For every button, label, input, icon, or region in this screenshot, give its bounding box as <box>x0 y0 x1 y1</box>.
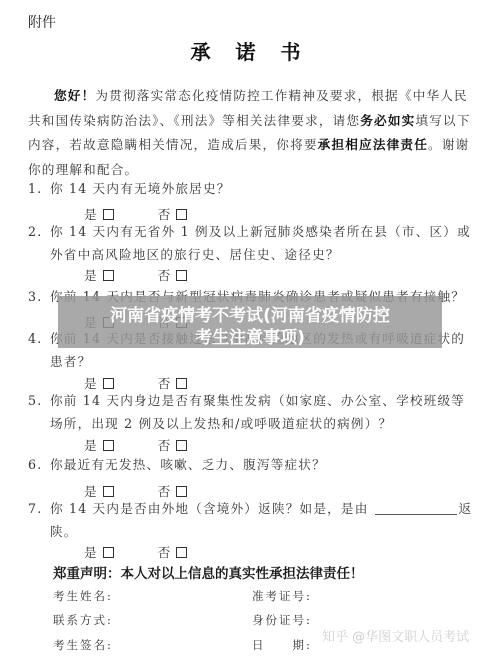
yes-checkbox-1[interactable] <box>103 209 114 220</box>
yes-checkbox-2[interactable] <box>103 270 114 281</box>
no-checkbox-7[interactable] <box>176 547 187 558</box>
yes-checkbox-7[interactable] <box>103 547 114 558</box>
no-checkbox-6[interactable] <box>176 486 187 497</box>
yes-checkbox-6[interactable] <box>103 486 114 497</box>
greeting: 您好！ <box>54 88 95 103</box>
no-checkbox-2[interactable] <box>176 270 187 281</box>
source-watermark: 知乎 @华图文职人员考试 <box>322 626 469 645</box>
yes-checkbox-4[interactable] <box>103 378 114 389</box>
question-5: 5.你前 14 天内身边是否有聚集性发病（如家庭、办公室、学校班级等场所，出现 … <box>28 389 478 435</box>
intro-paragraph: 您好！为贯彻落实常态化疫情防控工作精神及要求，根据《中华人民共和国传染病防治法》… <box>28 84 478 182</box>
no-checkbox-1[interactable] <box>176 209 187 220</box>
document-page: 附件 承 诺 书 您好！为贯彻落实常态化疫情防控工作精神及要求，根据《中华人民共… <box>0 0 500 658</box>
field-id-number: 身份证号: <box>252 612 312 628</box>
field-signature: 考生签名: <box>53 637 113 653</box>
emphasis-legal-liability: 承担相应法律责任 <box>318 137 428 152</box>
origin-blank-field[interactable] <box>375 503 457 515</box>
emphasis-truthfully: 务必如实 <box>360 113 415 128</box>
field-candidate-name: 考生姓名: <box>53 588 113 604</box>
field-admission-number: 准考证号: <box>252 588 312 604</box>
no-checkbox-5[interactable] <box>176 440 187 451</box>
answer-row-2: 是 否 <box>84 265 187 284</box>
field-contact: 联系方式: <box>53 612 113 628</box>
answer-row-5: 是 否 <box>84 435 187 454</box>
document-title: 承 诺 书 <box>0 36 500 65</box>
question-7: 7.你 14 天内是否由外地（含境外）返陕？如是，是由返陕。 <box>28 497 478 543</box>
declaration: 郑重声明：本人对以上信息的真实性承担法律责任！ <box>53 562 364 582</box>
attachment-label: 附件 <box>28 12 56 32</box>
yes-checkbox-5[interactable] <box>103 440 114 451</box>
no-checkbox-4[interactable] <box>176 378 187 389</box>
question-2: 2.你 14 天内有无省外 1 例及以上新冠肺炎感染者所在县（市、区）或外省中高… <box>28 220 478 266</box>
question-6: 6.你最近有无发热、咳嗽、乏力、腹泻等症状？ <box>28 453 478 476</box>
headline-overlay-line2: 考生注意事项) <box>58 323 442 348</box>
question-1: 1.你 14 天内有无境外旅居史？ <box>28 177 478 200</box>
answer-row-7: 是 否 <box>84 542 187 561</box>
field-date: 日 期: <box>252 637 312 653</box>
